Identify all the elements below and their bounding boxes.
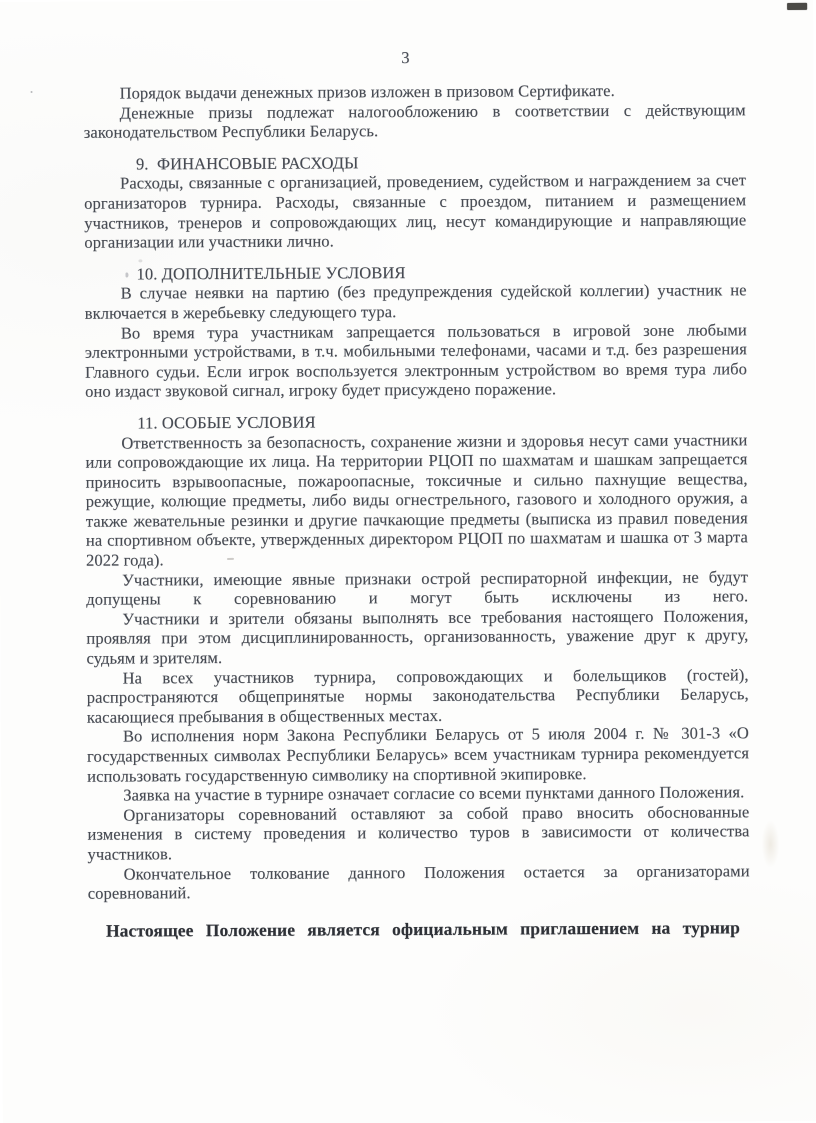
page-number: 3	[0, 46, 813, 70]
scan-speck	[31, 91, 33, 93]
section-11-paragraph-4: На всех участников турнира, сопровождающ…	[87, 665, 749, 727]
section-11-paragraph-2: Участники, имеющие явные признаки острой…	[86, 567, 748, 610]
document-body: Порядок выдачи денежных призов изложен в…	[83, 80, 749, 941]
scanned-document-page: 3 Порядок выдачи денежных призов изложен…	[0, 0, 816, 1123]
section-11-paragraph-1: Ответственность за безопасность, сохране…	[85, 430, 748, 571]
section-10-paragraph-2: Во время тура участникам запрещается пол…	[85, 320, 747, 402]
scan-corner-mark	[787, 3, 807, 10]
section-11-paragraph-8: Окончательное толкование данного Положен…	[88, 861, 750, 904]
section-10-paragraph-1: В случае неявки на партию (без предупреж…	[85, 281, 747, 324]
closing-statement: Настоящее Положение является официальным…	[88, 916, 750, 941]
section-11-paragraph-3: Участники и зрители обязаны выполнять вс…	[86, 606, 748, 668]
section-11-paragraph-7: Организаторы соревнований оставляют за с…	[87, 802, 749, 864]
section-9-paragraph-1: Расходы, связанные с организацией, прове…	[84, 171, 746, 253]
intro-paragraph-prize-tax: Денежные призы подлежат налогообложению …	[84, 100, 746, 143]
section-11-paragraph-5: Во исполнения норм Закона Республики Бел…	[87, 724, 749, 786]
scan-smudge	[761, 820, 779, 868]
